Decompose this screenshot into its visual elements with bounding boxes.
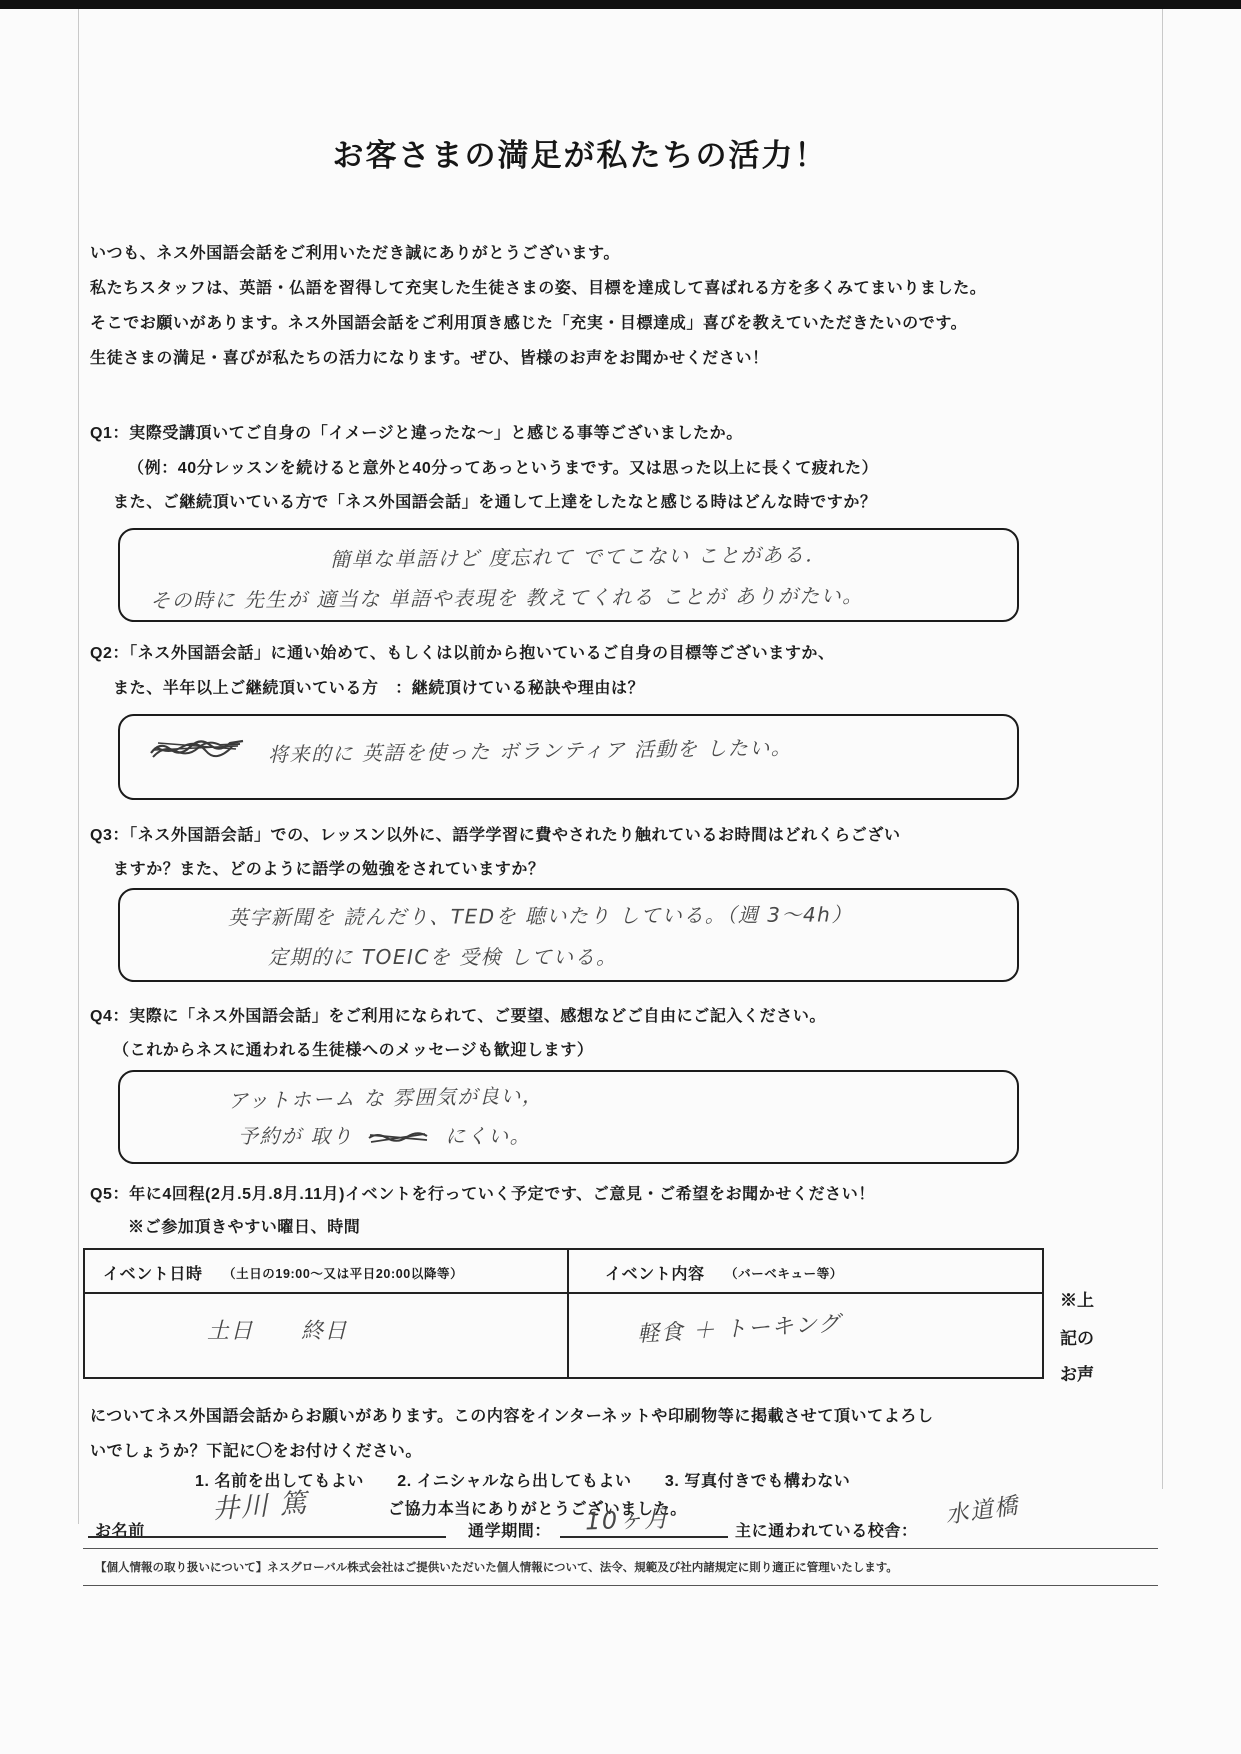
q4-line-2: （これからネスに通われる生徒様へのメッセージも歓迎します） [113, 1037, 593, 1060]
event-date-value: 土日 終日 [207, 1314, 348, 1345]
q4-line-1: Q4：実際に「ネス外国語会話」をご利用になられて、ご要望、感想などご自由にご記入… [90, 1003, 826, 1026]
q1-answer-line-2: その時に 先生が 適当な 単語や表現を 教えてくれる ことが ありがたい。 [150, 580, 864, 614]
intro-line-1: いつも、ネス外国語会話をご利用いただき誠にありがとうございます。 [90, 240, 620, 263]
event-date-header: イベント日時 [103, 1261, 203, 1284]
table-column-divider [567, 1250, 569, 1377]
scan-artifact-right-edge [1162, 9, 1163, 1489]
school-label: 主に通われている校舎： [735, 1518, 918, 1541]
privacy-notice-text: 【個人情報の取り扱いについて】ネスグローバル株式会社はご提供いただいた個人情報に… [95, 1559, 898, 1575]
scanned-survey-page: お客さまの満足が私たちの活力！ いつも、ネス外国語会話をご利用いただき誠にありが… [0, 0, 1241, 1754]
event-date-note: （土日の19:00～又は平日20:00以降等） [223, 1264, 463, 1282]
event-table: イベント日時 （土日の19:00～又は平日20:00以降等） イベント内容 （バ… [83, 1248, 1044, 1379]
intro-line-4: 生徒さまの満足・喜びが私たちの活力になります。ぜひ、皆様のお声をお聞かせください… [90, 345, 769, 368]
event-content-header: イベント内容 [605, 1261, 705, 1284]
name-underline [88, 1536, 446, 1538]
q4-answer2-text-pre: 予約が 取り [238, 1124, 353, 1148]
school-value: 水道橋 [943, 1487, 1020, 1530]
strikethrough-scribble [367, 1128, 431, 1148]
side-note-line-1: ※上 [1060, 1286, 1094, 1311]
q1-line-3: また、ご継続頂いている方で「ネス外国語会話」を通して上達をしたなと感じる時はどん… [113, 489, 877, 512]
scan-artifact-top-bar [0, 0, 1241, 9]
q3-answer-line-2: 定期的に TOEICを 受検 している。 [268, 941, 618, 970]
event-content-note: （バーベキュー等） [725, 1264, 843, 1282]
q3-line-2: ますか？また、どのように語学の勉強をされていますか？ [113, 856, 545, 879]
intro-line-3: そこでお願いがあります。ネス外国語会話をご利用頂き感じた「充実・目標達成」喜びを… [90, 310, 967, 333]
q1-line-1: Q1：実際受講頂いてご自身の「イメージと違ったな～」と感じる事等ございましたか。 [90, 420, 743, 443]
intro-line-2: 私たちスタッフは、英語・仏語を習得して充実した生徒さまの姿、目標を達成して喜ばれ… [90, 275, 986, 298]
q4-answer-line-2: 予約が 取り にくい。 [238, 1120, 531, 1149]
q5-line-1: Q5：年に4回程(2月.5月.8月.11月)イベントを行っていく予定です、ご意見… [90, 1181, 875, 1204]
table-header-divider [85, 1292, 1042, 1294]
q2-line-2: また、半年以上ご継続頂いている方 ：継続頂けている秘訣や理由は？ [113, 675, 644, 698]
q4-answer2-text-post: にくい。 [445, 1124, 531, 1148]
side-note-line-2: 記の [1060, 1324, 1094, 1349]
q2-line-1: Q2：「ネス外国語会話」に通い始めて、もしくは以前から抱いているご自身の目標等ご… [90, 640, 835, 663]
q4-answer-line-1: アットホーム な 雰囲気が良い， [228, 1079, 544, 1113]
event-content-value: 軽食 ＋ トーキング [636, 1307, 842, 1349]
period-label: 通学期間： [468, 1518, 551, 1541]
publish-line-2: いでしょうか？下記に〇をお付けください。 [90, 1438, 422, 1461]
privacy-notice-box: 【個人情報の取り扱いについて】ネスグローバル株式会社はご提供いただいた個人情報に… [83, 1548, 1158, 1586]
period-underline [560, 1536, 728, 1538]
q3-answer-line-1: 英字新聞を 読んだり、TEDを 聴いたり している。（週 3〜4h） [228, 898, 853, 930]
publish-line-1: についてネス外国語会話からお願いがあります。この内容をインターネットや印刷物等に… [90, 1403, 934, 1426]
q5-line-2: ※ご参加頂きやすい曜日、時間 [128, 1214, 360, 1237]
page-title: お客さまの満足が私たちの活力！ [260, 130, 900, 175]
period-value: 10ヶ月 [584, 1499, 670, 1537]
name-value: 井川 篤 [211, 1481, 309, 1527]
q1-line-2: （例：40分レッスンを続けると意外と40分ってあっというまです。又は思った以上に… [128, 455, 878, 478]
q1-answer-line-1: 簡単な単語けど 度忘れて でてこない ことがある． [330, 538, 827, 572]
scribbled-out-word [148, 735, 248, 763]
q3-line-1: Q3：「ネス外国語会話」での、レッスン以外に、語学学習に費やされたり触れているお… [90, 822, 901, 845]
side-note-line-3: お声 [1060, 1360, 1094, 1385]
scan-artifact-left-edge [78, 9, 79, 1524]
